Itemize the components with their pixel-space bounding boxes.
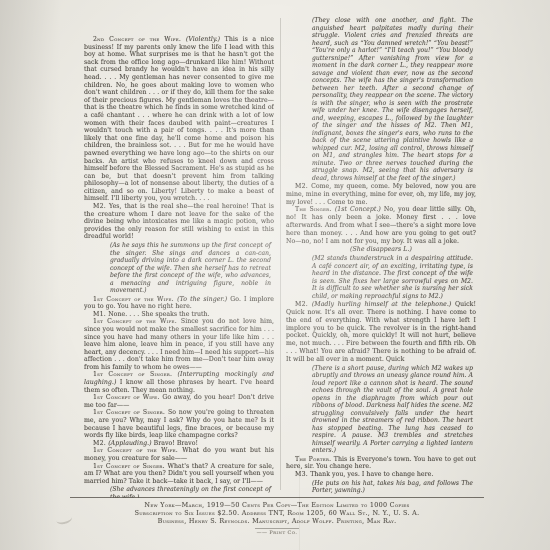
colophon: New York—March, 1919—50 Cents Per Copy—T… — [70, 497, 484, 536]
scanned-page: 2nd Concept of the Wife. (Violently.) Th… — [0, 0, 550, 550]
colophon-line-2: Subscription to Six Issues $2.50. Addres… — [70, 509, 484, 517]
speech-paragraph: The Porter. This is Everyone's town. You… — [286, 456, 476, 472]
speech-paragraph: 1st Concept of Singer. So now you're goi… — [84, 409, 274, 439]
speech-text: Bravo! Bravo! — [154, 440, 198, 447]
speaker-name: M1. — [93, 311, 108, 318]
speaker-name: 1st Concept of Wife. — [93, 394, 162, 401]
inline-stage-direction: (Madly hurling himself at the telephone.… — [312, 301, 455, 308]
speech-text: Since you do not love him, since you wou… — [84, 318, 274, 371]
speaker-name: M2. — [295, 301, 312, 308]
speaker-name: M3. — [295, 471, 310, 478]
stage-direction: (M2 stands thunderstruck in a despairing… — [312, 255, 473, 300]
speaker-name: 1st Concept of the Wife. — [93, 296, 177, 303]
inline-stage-direction: (Applauding.) — [108, 440, 153, 447]
speaker-name: M2. — [93, 440, 108, 447]
left-column: 2nd Concept of the Wife. (Violently.) Th… — [84, 16, 274, 498]
speech-paragraph: 1st Concept of the Wife. What do you wan… — [84, 447, 274, 462]
speech-paragraph: M2. (Applauding.) Bravo! Bravo! — [84, 440, 274, 448]
stage-direction: (As he says this he summons up the first… — [110, 242, 271, 295]
speaker-name: 1st Concept of Singer. — [93, 371, 178, 378]
stage-direction: (They close with one another, and fight.… — [312, 17, 473, 182]
speaker-name: 1st Concept of Singer. — [93, 409, 168, 416]
paper-crease — [299, 455, 300, 550]
speaker-name: The Singer. — [295, 206, 335, 213]
speech-text: Quick! Quick now. It's all over. There i… — [286, 301, 476, 363]
speaker-name: M2. — [93, 203, 109, 210]
stage-direction: (He puts on his hat, takes his bag, and … — [312, 480, 473, 495]
speaker-name: 2nd Concept of the Wife. — [93, 36, 186, 43]
speech-text: Come, my queen, come. My beloved, now yo… — [286, 183, 476, 206]
speech-paragraph: 1st Concept of the Wife. (To the singer.… — [84, 296, 274, 311]
speaker-name: The Porter. — [295, 456, 334, 463]
speech-paragraph: 1st Concept of the Wife. Since you do no… — [84, 318, 274, 371]
page-edge-shade — [0, 0, 60, 550]
inline-stage-direction: (1st Concept.) — [335, 206, 384, 213]
speaker-name: M2. — [295, 183, 311, 190]
speech-paragraph: 1st Concept of Singer. What's that? A cr… — [84, 463, 274, 486]
inline-stage-direction: (To the singer.) — [177, 296, 230, 303]
speech-text: None. . . . She speaks the truth. — [108, 311, 209, 318]
speech-paragraph: 1st Concept of Singer. (Interrupting moc… — [84, 371, 274, 394]
colophon-line-1: New York—March, 1919—50 Cents Per Copy—T… — [70, 501, 484, 509]
speech-paragraph: The Singer. (1st Concept.) No, you dear … — [286, 206, 476, 245]
speech-text: This is a nice business! If my parents o… — [84, 36, 274, 202]
centered-stage-direction: (She disappears L.) — [286, 246, 476, 254]
speaker-name: 1st Concept of the Wife. — [93, 318, 181, 325]
column-divider-rule — [280, 18, 281, 490]
speech-text: Yes, that is the real she—the real heroi… — [84, 203, 274, 240]
speaker-name: 1st Concept of the Wife. — [93, 447, 182, 454]
imprint-rule — [255, 528, 299, 529]
speech-text: Thank you, yes. I have to change here. — [310, 471, 433, 478]
speech-paragraph: M3. Thank you, yes. I have to change her… — [286, 471, 476, 479]
speech-paragraph: M2. Yes, that is the real she—the real h… — [84, 203, 274, 241]
inline-stage-direction: (Violently.) — [186, 36, 225, 43]
speech-paragraph: M2. Come, my queen, come. My beloved, no… — [286, 183, 476, 206]
stage-direction: (There is a short pause, during which M2… — [312, 365, 473, 455]
speech-paragraph: 1st Concept of Wife. Go away, do you hea… — [84, 394, 274, 409]
speech-paragraph: M1. None. . . . She speaks the truth. — [84, 311, 274, 319]
printer-imprint: —— Print Co. — [70, 530, 484, 536]
speech-paragraph: 2nd Concept of the Wife. (Violently.) Th… — [84, 36, 274, 203]
right-column: (They close with one another, and fight.… — [286, 16, 476, 496]
colophon-line-3: Business, Henry S. Reynolds. Manuscript,… — [70, 517, 484, 525]
text-columns: 2nd Concept of the Wife. (Violently.) Th… — [84, 16, 476, 498]
speech-paragraph: M2. (Madly hurling himself at the teleph… — [286, 301, 476, 363]
speaker-name: 1st Concept of Singer. — [93, 463, 168, 470]
